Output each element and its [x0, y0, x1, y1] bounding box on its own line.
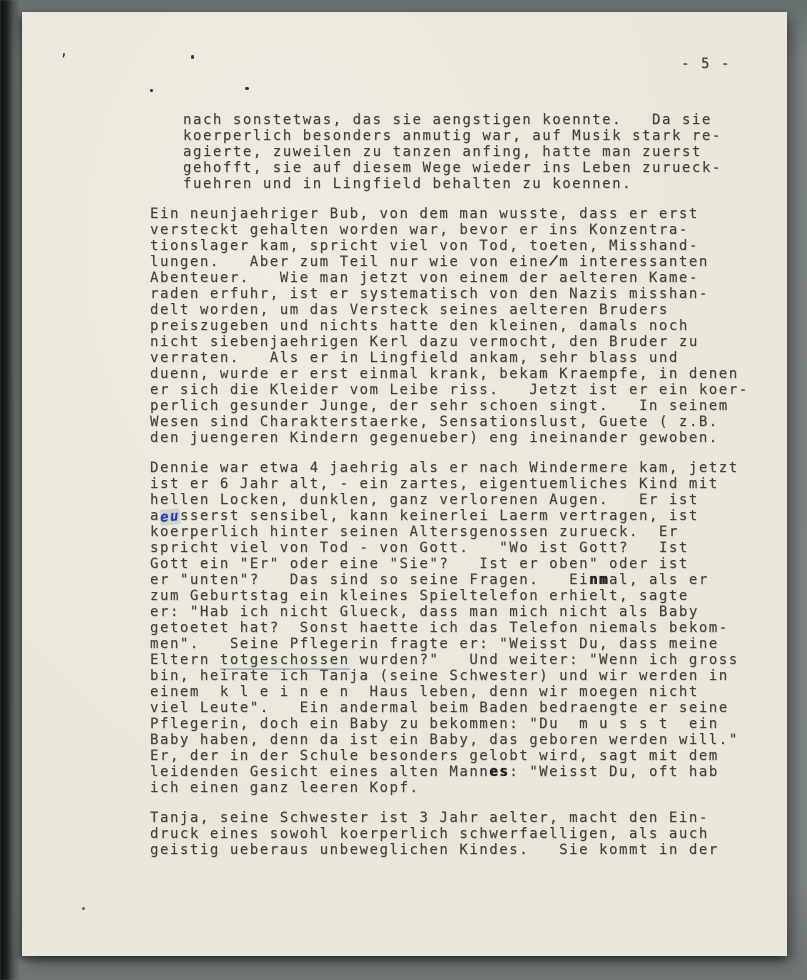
correction-overstrike: es [489, 764, 509, 780]
paragraph: Tanja, seine Schwester ist 3 Jahr aelter… [150, 810, 800, 858]
document-page: ’ - 5 - nach sonstetwas, das sie aengsti… [22, 12, 787, 956]
typed-text: wurden?" Und weiter: "Wenn ich gross bin… [150, 652, 739, 780]
typed-text: Tanja, seine Schwester ist 3 Jahr aelter… [150, 810, 719, 858]
paragraphs: nach sonstetwas, das sie aengstigen koen… [150, 112, 800, 872]
paragraph: Dennie war etwa 4 jaehrig als er nach Wi… [150, 460, 800, 796]
ink-speck [82, 907, 85, 910]
ink-speck [245, 87, 249, 90]
correction-overstrike: nm [589, 572, 609, 588]
typed-text: nach sonstetwas, das sie aengstigen koen… [183, 112, 722, 192]
correction-blue-hand: eu [159, 508, 180, 526]
typed-text: m interessanten Abenteuer. Wie man jetzt… [150, 254, 749, 446]
ink-speck [150, 89, 153, 92]
ink-speck [191, 55, 194, 59]
paragraph: nach sonstetwas, das sie aengstigen koen… [183, 112, 800, 192]
ink-speck: ’ [59, 51, 70, 68]
page-number: - 5 - [681, 56, 731, 72]
scan-edge-shadow [0, 0, 20, 980]
paragraph: Ein neunjaehriger Bub, von dem man wusst… [150, 206, 800, 446]
correction-blue-underline: totgeschossen [220, 652, 350, 668]
